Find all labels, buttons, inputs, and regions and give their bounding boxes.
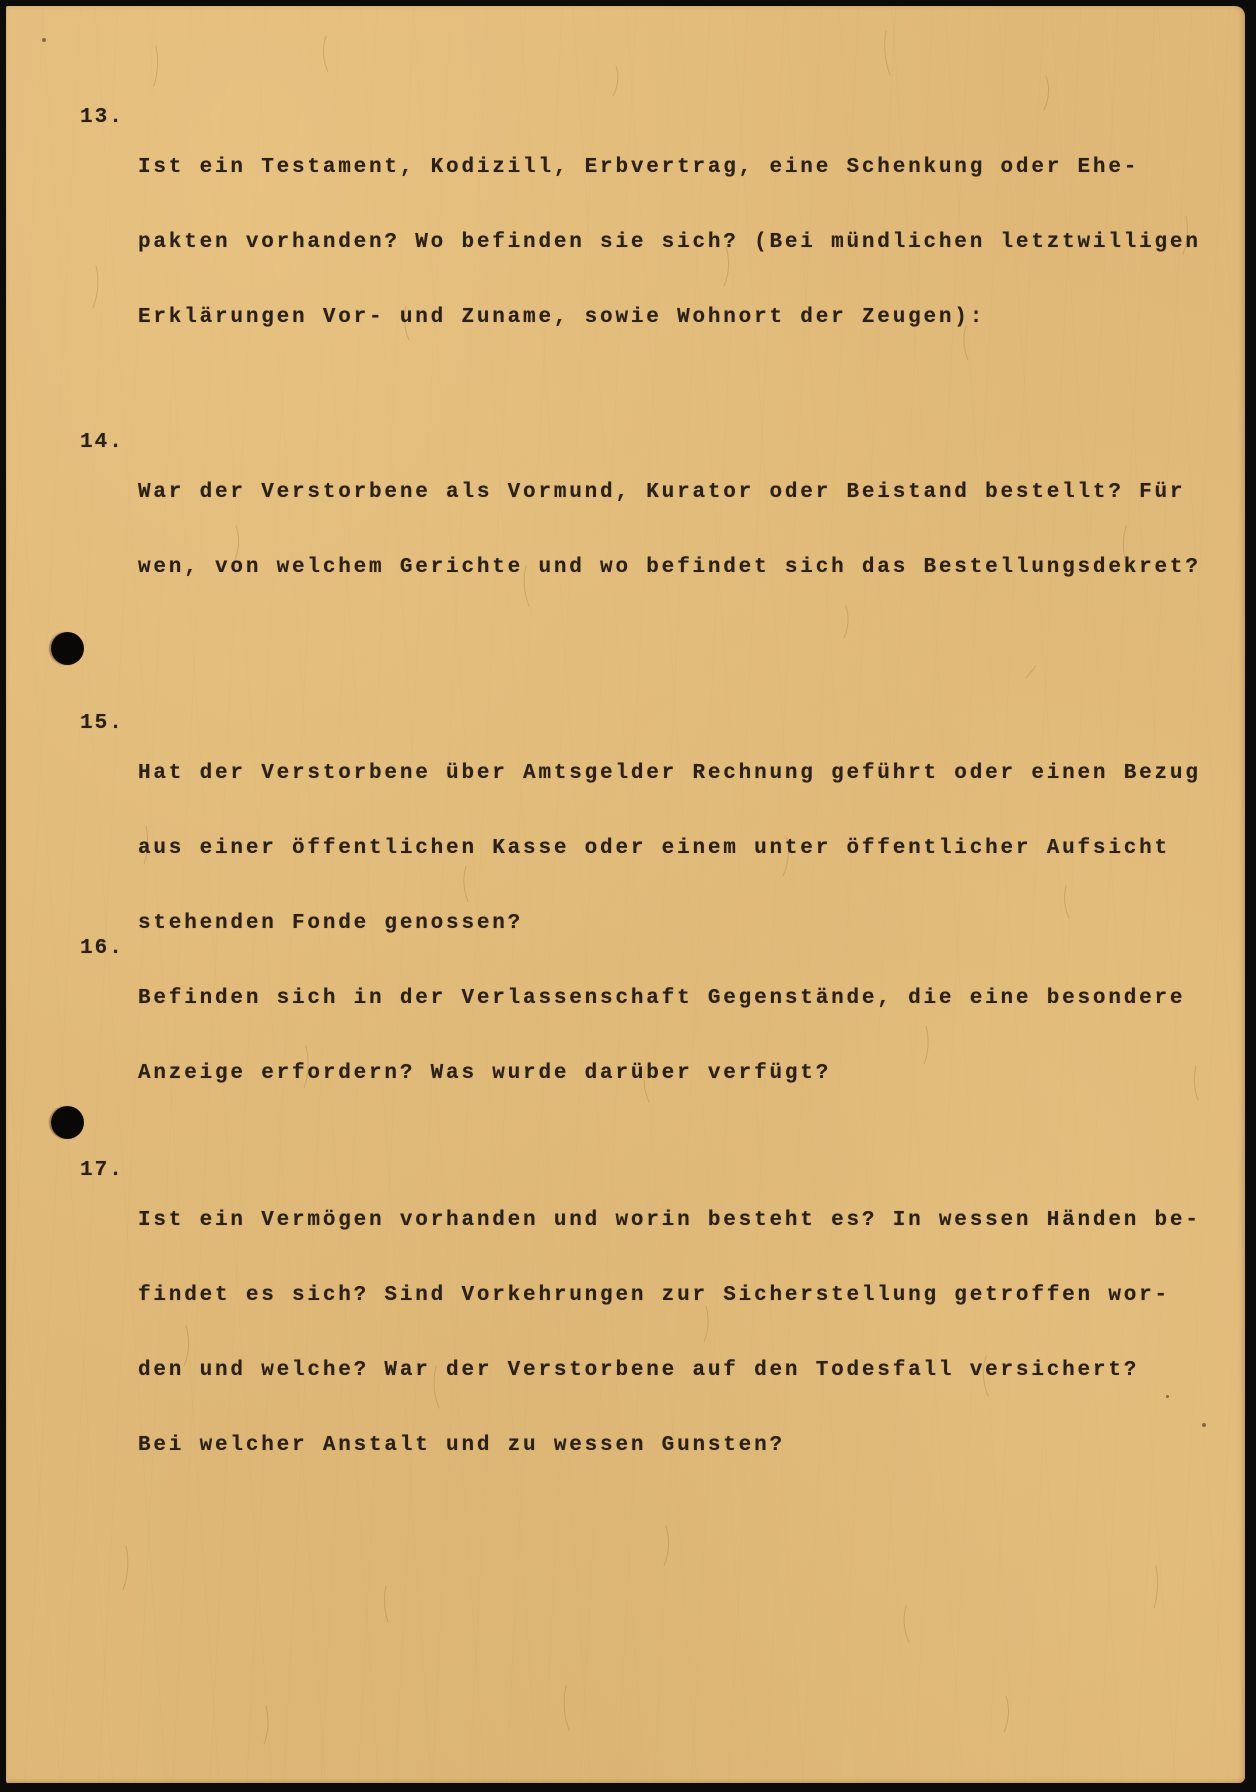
- punch-hole-bottom: [51, 1106, 84, 1139]
- question-text: War der Verstorbene als Vormund, Kurator…: [138, 430, 1201, 630]
- question-text: Ist ein Testament, Kodizill, Erbvertrag,…: [138, 105, 1201, 380]
- question-line: Ist ein Vermögen vorhanden und worin bes…: [138, 1208, 1201, 1233]
- question-line: findet es sich? Sind Vorkehrungen zur Si…: [138, 1283, 1201, 1308]
- question-text: Ist ein Vermögen vorhanden und worin bes…: [138, 1158, 1201, 1508]
- question-line: stehenden Fonde genossen?: [138, 911, 1201, 936]
- question-number: 15.: [80, 711, 124, 736]
- question-line: wen, von welchem Gerichte und wo befinde…: [138, 555, 1201, 580]
- question-line: Hat der Verstorbene über Amtsgelder Rech…: [138, 761, 1201, 786]
- question-line: Bei welcher Anstalt und zu wessen Gunste…: [138, 1433, 1201, 1458]
- paper-speck: [42, 38, 46, 42]
- question-line: Ist ein Testament, Kodizill, Erbvertrag,…: [138, 155, 1201, 180]
- question-line: aus einer öffentlichen Kasse oder einem …: [138, 836, 1201, 861]
- question-line: Befinden sich in der Verlassenschaft Geg…: [138, 986, 1185, 1011]
- punch-hole-top: [51, 632, 84, 665]
- question-number: 16.: [80, 936, 124, 961]
- question-number: 14.: [80, 430, 124, 455]
- question-line: Anzeige erfordern? Was wurde darüber ver…: [138, 1061, 1185, 1086]
- document-page: 13. Ist ein Testament, Kodizill, Erbvert…: [6, 6, 1245, 1783]
- question-text: Befinden sich in der Verlassenschaft Geg…: [138, 936, 1185, 1136]
- question-number: 13.: [80, 105, 124, 130]
- question-number: 17.: [80, 1158, 124, 1183]
- question-line: pakten vorhanden? Wo befinden sie sich? …: [138, 230, 1201, 255]
- question-line: den und welche? War der Verstorbene auf …: [138, 1358, 1201, 1383]
- question-line: Erklärungen Vor- und Zuname, sowie Wohno…: [138, 305, 1201, 330]
- paper-speck: [1202, 1423, 1206, 1427]
- question-line: War der Verstorbene als Vormund, Kurator…: [138, 480, 1201, 505]
